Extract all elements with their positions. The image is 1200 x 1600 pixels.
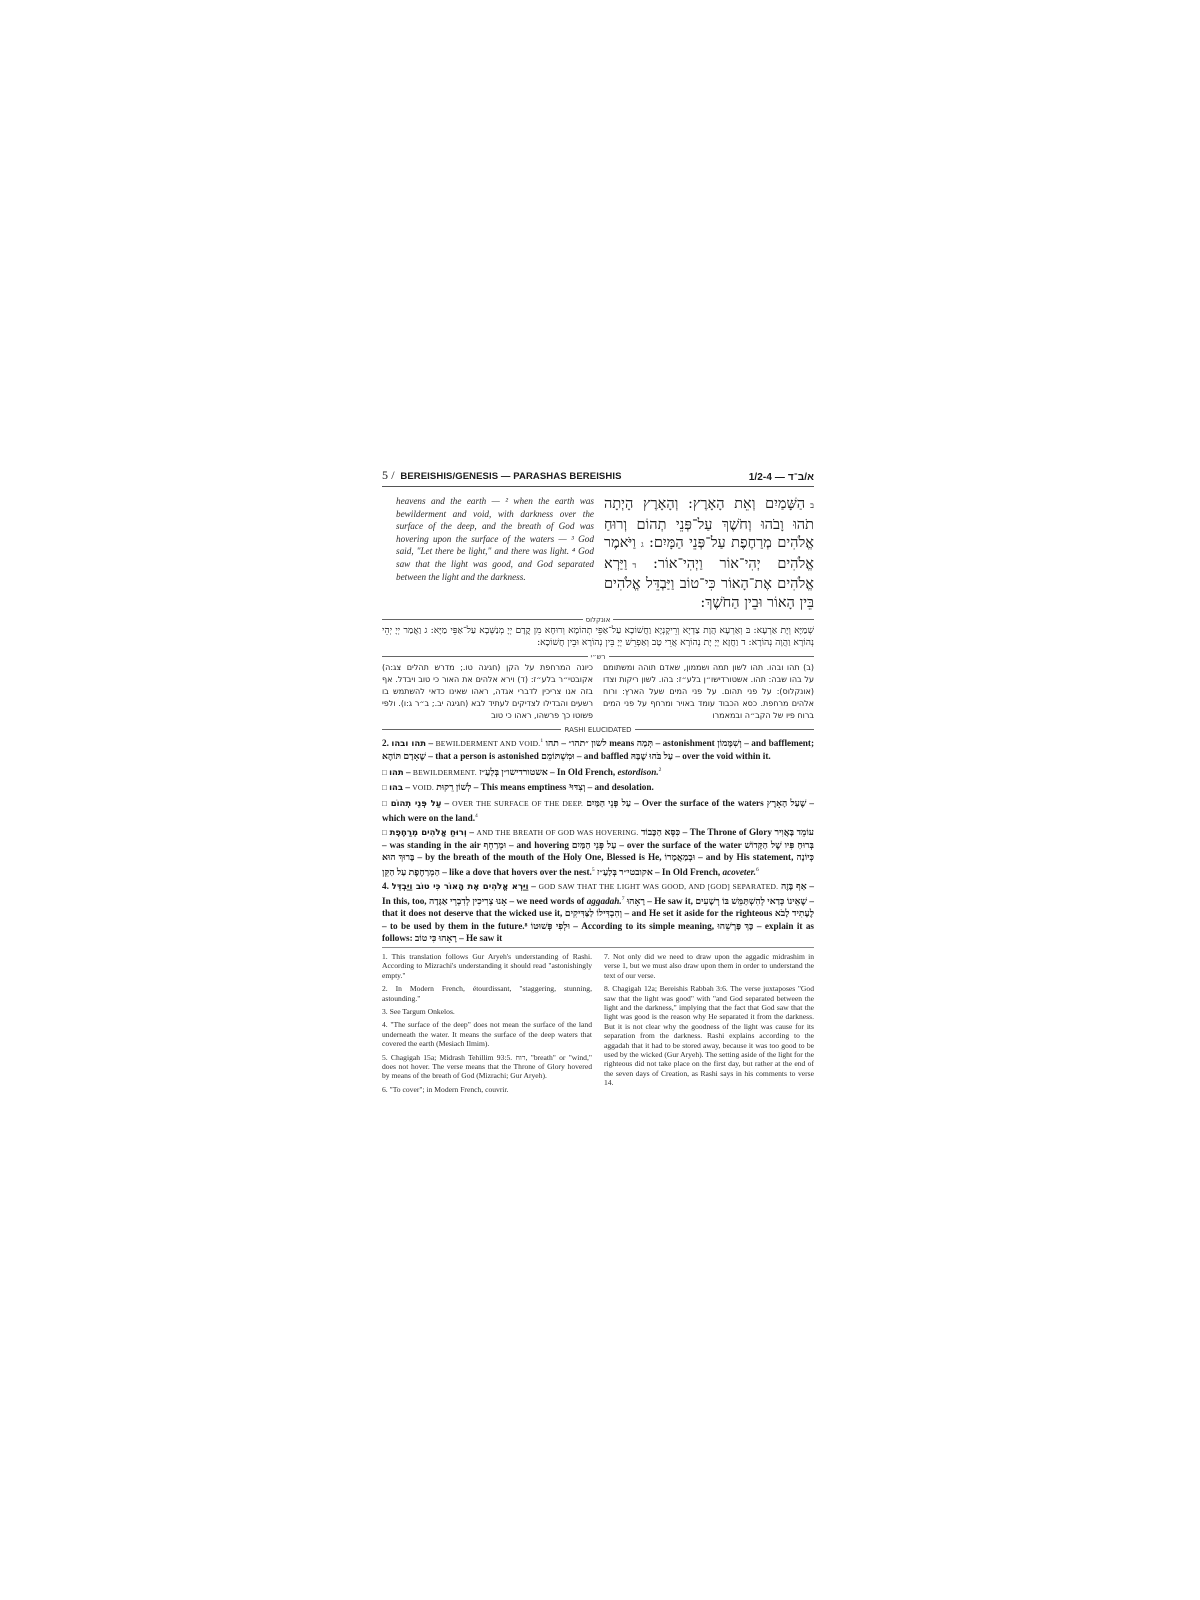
footnotes-left: 1. This translation follows Gur Aryeh's … [382, 952, 592, 1098]
footnote: 3. See Targum Onkelos. [382, 1007, 592, 1016]
hebrew-text: בהַשָּׁמַיִם וְאֵת הָאָרֶץ: וְהָאָרֶץ הָ… [604, 495, 814, 613]
english-translation: heavens and the earth — ² when the earth… [382, 495, 594, 613]
running-head: 5 / BEREISHIS/GENESIS — PARASHAS BEREISH… [382, 468, 814, 487]
verse-block: heavens and the earth — ² when the earth… [382, 495, 814, 613]
footnote: 8. Chagigah 12a; Bereishis Rabbah 3:6. T… [604, 984, 814, 1087]
document-page: 5 / BEREISHIS/GENESIS — PARASHAS BEREISH… [382, 468, 814, 1098]
footnote: 7. Not only did we need to draw upon the… [604, 952, 814, 980]
elucidated-paragraph: □ עַל פְּנֵי תְהוֹם – OVER THE SURFACE O… [382, 797, 814, 824]
verse-reference: 1/2-4 — א/ב־ד [749, 472, 814, 483]
rashi-elucidated: 2. תהו ובהו – BEWILDERMENT AND VOID.1 לש… [382, 735, 814, 944]
page-number: 5 / [382, 468, 395, 482]
footnotes: 1. This translation follows Gur Aryeh's … [382, 947, 814, 1098]
onkelos-text: שְׁמַיָּא וְיָת אַרְעָא: בּ וְאַרְעָא הֲ… [382, 625, 814, 650]
rashi-divider: רש״י [382, 653, 814, 661]
book-title: BEREISHIS/GENESIS — PARASHAS BEREISHIS [400, 471, 621, 482]
verse-number: ב [810, 501, 814, 510]
elucidated-paragraph: □ בהו – VOID. לְשׁוֹן רֵקוּת – This mean… [382, 781, 814, 794]
elucidated-paragraph: 4. וַיַּרְא אֱלֹהִים אֶת הָאוֹר כִּי טוֹ… [382, 880, 814, 944]
elucidated-paragraph: 2. תהו ובהו – BEWILDERMENT AND VOID.1 לש… [382, 735, 814, 762]
footnotes-right: 7. Not only did we need to draw upon the… [604, 952, 814, 1098]
rashi-column-left: כיונה המרחפת על הקן (חגיגה טו.; מדרש תהל… [382, 662, 593, 723]
footnote: 4. "The surface of the deep" does not me… [382, 1020, 592, 1048]
footnote: 2. In Modern French, étourdissant, "stag… [382, 984, 592, 1003]
rashi-column-right: (ב) תהו ובהו. תהו לשון תמה ושממון, שאדם … [603, 662, 814, 723]
elucidated-paragraph: □ תהו – BEWILDERMENT. אשטורדישו״ן בְּלַע… [382, 764, 814, 779]
footnote: 1. This translation follows Gur Aryeh's … [382, 952, 592, 980]
verse-number: ד [632, 561, 636, 570]
footnote: 5. Chagigah 15a; Midrash Tehillim 93:5. … [382, 1053, 592, 1081]
elucidated-paragraph: □ וְרוּחַ אֱלֹהִים מְרַחֶפֶת – AND THE B… [382, 826, 814, 878]
verse-number: ג [641, 540, 644, 549]
onkelos-divider: אונקלוס [382, 616, 814, 624]
running-head-left: 5 / BEREISHIS/GENESIS — PARASHAS BEREISH… [382, 468, 622, 483]
rashi-hebrew: (ב) תהו ובהו. תהו לשון תמה ושממון, שאדם … [382, 662, 814, 723]
rashi-elucidated-divider: RASHI ELUCIDATED [382, 726, 814, 734]
footnote: 6. "To cover"; in Modern French, couvrir… [382, 1085, 592, 1094]
